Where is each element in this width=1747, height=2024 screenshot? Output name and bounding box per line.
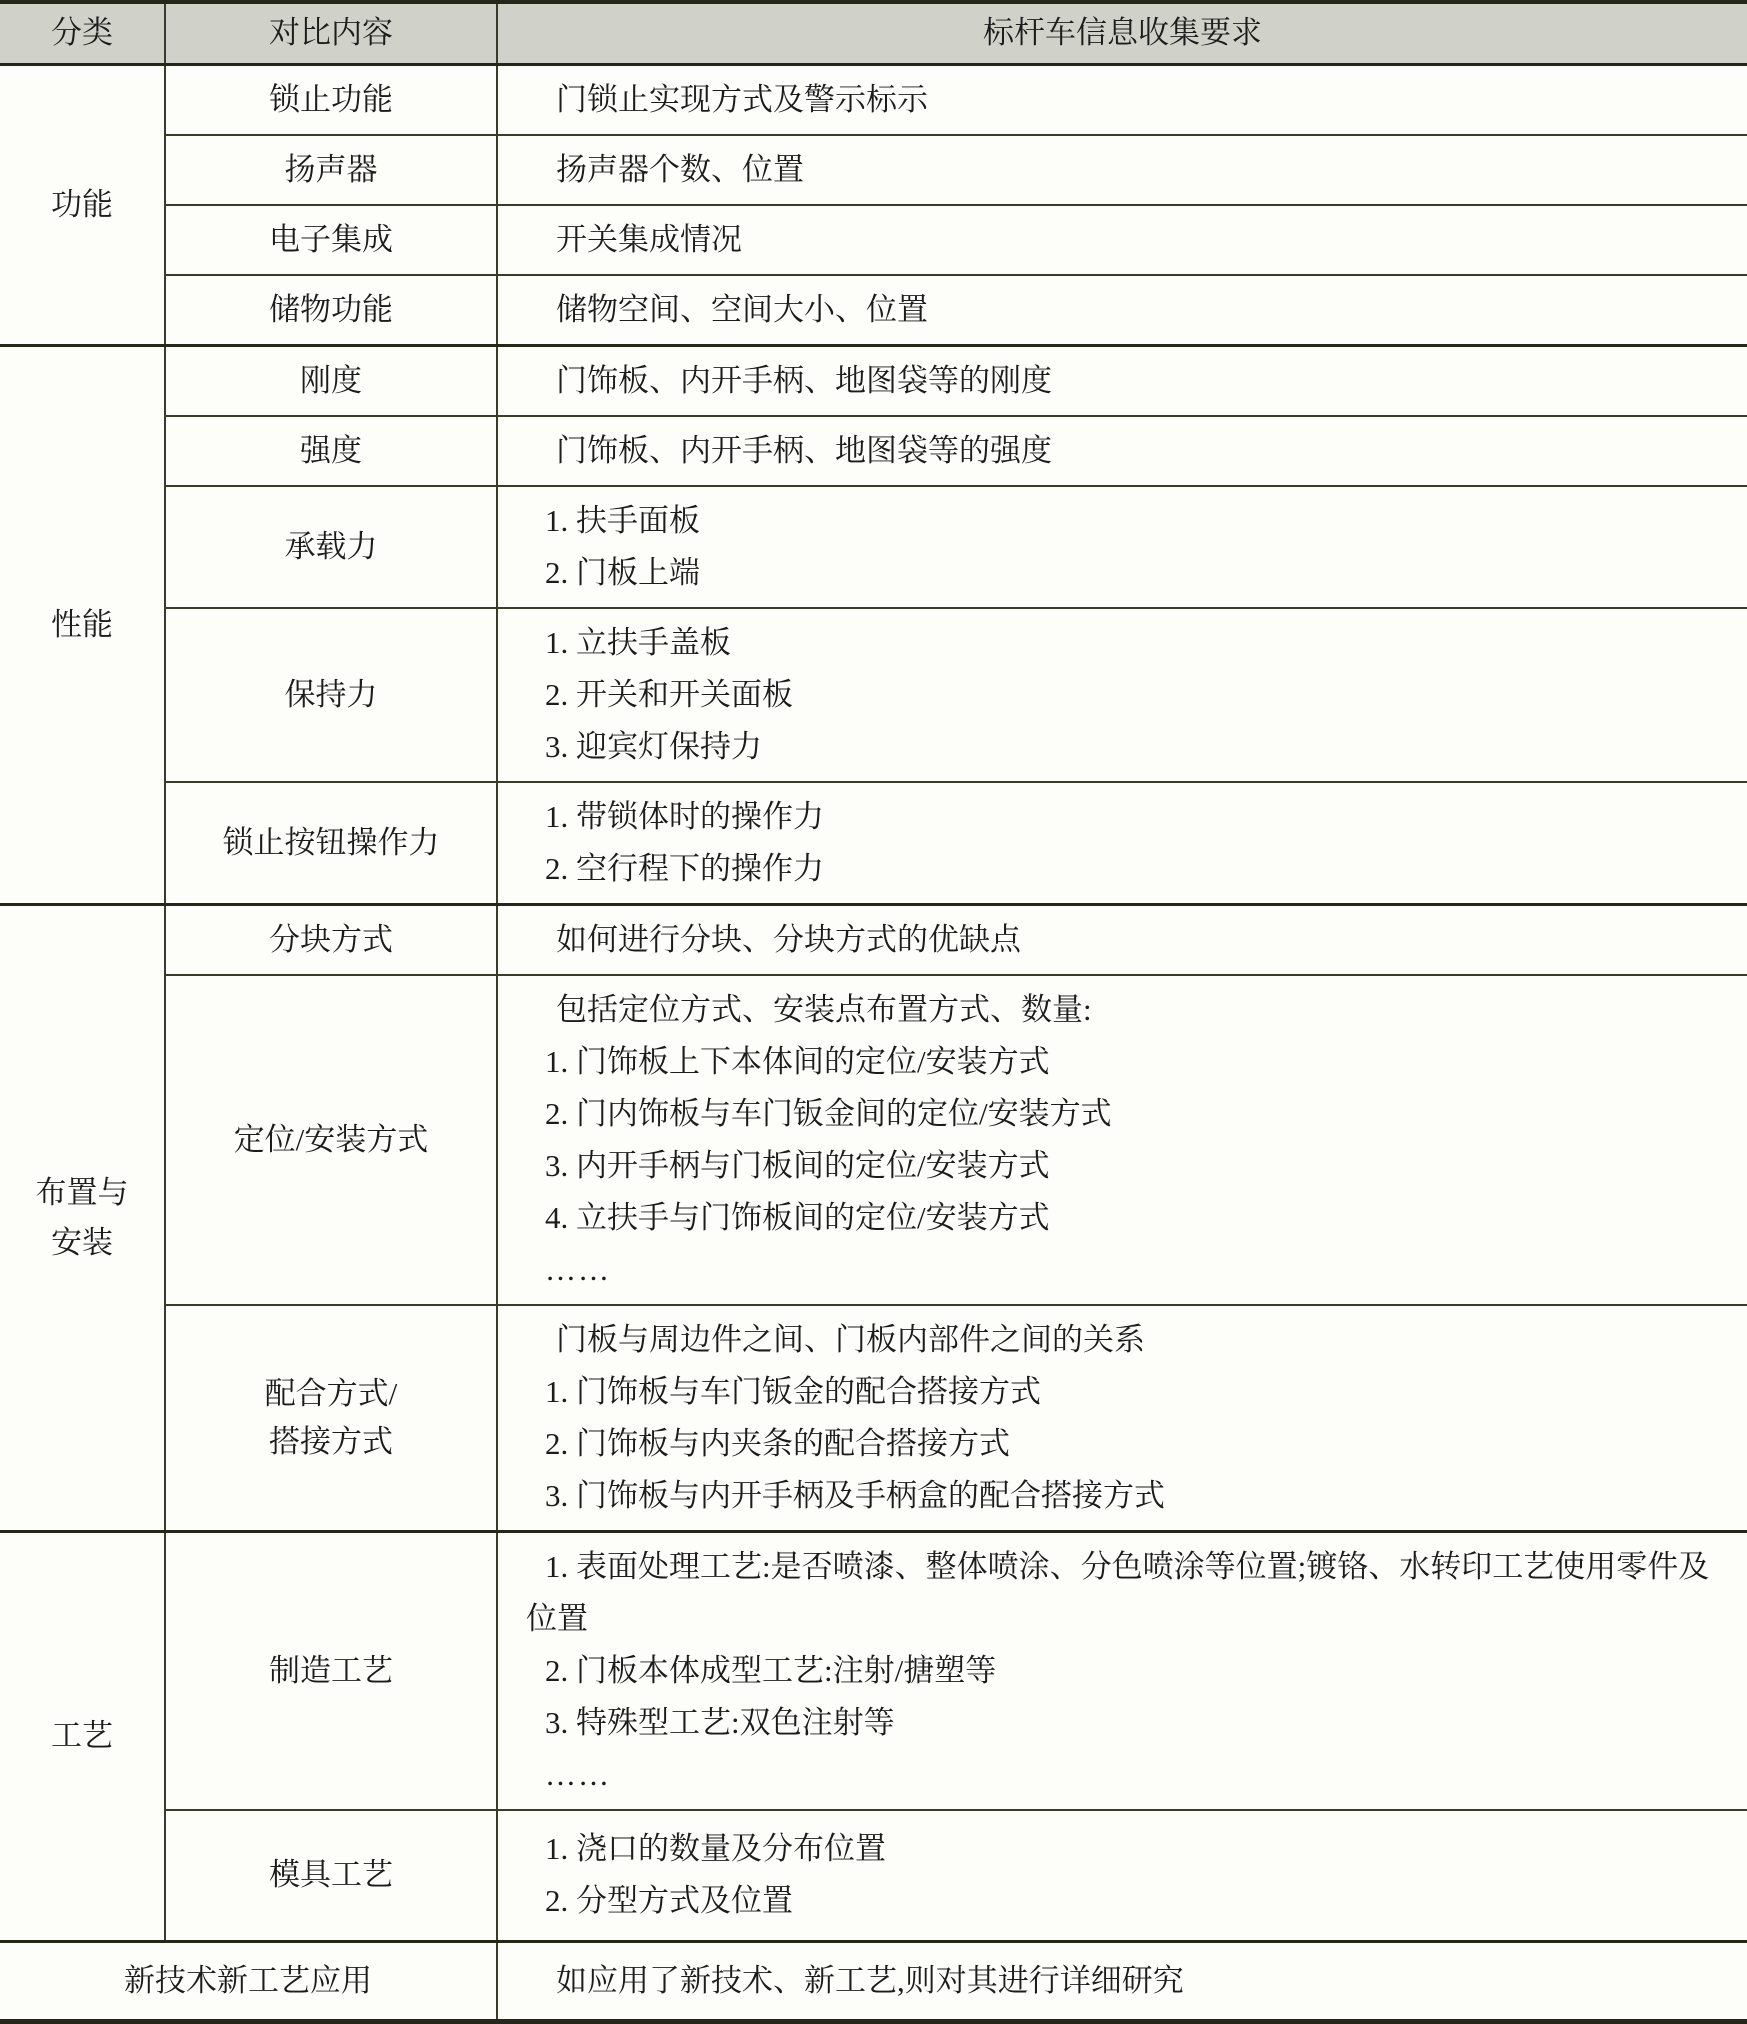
item-cell: 分块方式 [165, 904, 497, 975]
req-line: 2. 门内饰板与车门钣金间的定位/安装方式 [526, 1088, 1729, 1140]
footer-item-cell: 新技术新工艺应用 [0, 1942, 497, 2022]
requirement-cell: 1. 浇口的数量及分布位置 2. 分型方式及位置 [497, 1810, 1747, 1942]
category-process: 工艺 [0, 1531, 165, 1942]
item-cell: 扬声器 [165, 135, 497, 205]
item-line: 配合方式/ [166, 1370, 496, 1418]
req-line: 1. 门饰板上下本体间的定位/安装方式 [526, 1036, 1729, 1088]
item-cell: 定位/安装方式 [165, 975, 497, 1305]
table-row: 强度 门饰板、内开手柄、地图袋等的强度 [0, 416, 1747, 486]
item-cell: 保持力 [165, 608, 497, 782]
category-line: 安装 [0, 1218, 164, 1268]
table-row: 储物功能 储物空间、空间大小、位置 [0, 275, 1747, 346]
item-cell: 刚度 [165, 345, 497, 416]
table-row: 模具工艺 1. 浇口的数量及分布位置 2. 分型方式及位置 [0, 1810, 1747, 1942]
table-row: 功能 锁止功能 门锁止实现方式及警示标示 [0, 64, 1747, 135]
requirement-cell: 扬声器个数、位置 [497, 135, 1747, 205]
item-cell: 配合方式/ 搭接方式 [165, 1305, 497, 1532]
req-line: 3. 内开手柄与门板间的定位/安装方式 [526, 1140, 1729, 1192]
requirement-cell: 如何进行分块、分块方式的优缺点 [497, 904, 1747, 975]
req-line: 1. 表面处理工艺:是否喷漆、整体喷涂、分色喷涂等位置;镀铬、水转印工艺使用零件… [526, 1541, 1729, 1645]
req-line: 如何进行分块、分块方式的优缺点 [526, 914, 1729, 966]
req-line: 包括定位方式、安装点布置方式、数量: [526, 984, 1729, 1036]
category-layout-installation: 布置与 安装 [0, 904, 165, 1531]
req-line: 2. 开关和开关面板 [526, 669, 1729, 721]
requirement-cell: 1. 带锁体时的操作力 2. 空行程下的操作力 [497, 782, 1747, 905]
header-compare-content: 对比内容 [165, 2, 497, 64]
requirement-cell: 1. 扶手面板 2. 门板上端 [497, 486, 1747, 608]
table-row: 承载力 1. 扶手面板 2. 门板上端 [0, 486, 1747, 608]
req-line: 门板与周边件之间、门板内部件之间的关系 [526, 1314, 1729, 1366]
req-line: 1. 浇口的数量及分布位置 [526, 1823, 1729, 1875]
table-row: 工艺 制造工艺 1. 表面处理工艺:是否喷漆、整体喷涂、分色喷涂等位置;镀铬、水… [0, 1531, 1747, 1810]
req-line: 3. 迎宾灯保持力 [526, 721, 1729, 773]
item-cell: 锁止功能 [165, 64, 497, 135]
item-cell: 强度 [165, 416, 497, 486]
table-header-row: 分类 对比内容 标杆车信息收集要求 [0, 2, 1747, 64]
requirement-cell: 1. 表面处理工艺:是否喷漆、整体喷涂、分色喷涂等位置;镀铬、水转印工艺使用零件… [497, 1531, 1747, 1810]
req-line: 2. 门饰板与内夹条的配合搭接方式 [526, 1418, 1729, 1470]
table-row: 性能 刚度 门饰板、内开手柄、地图袋等的刚度 [0, 345, 1747, 416]
req-line: 1. 门饰板与车门钣金的配合搭接方式 [526, 1366, 1729, 1418]
item-cell: 储物功能 [165, 275, 497, 346]
req-line: 储物空间、空间大小、位置 [526, 284, 1729, 336]
req-line: 2. 门板本体成型工艺:注射/搪塑等 [526, 1645, 1729, 1697]
req-line: 1. 立扶手盖板 [526, 617, 1729, 669]
header-category: 分类 [0, 2, 165, 64]
req-line: 如应用了新技术、新工艺,则对其进行详细研究 [526, 1955, 1729, 2007]
req-line: 开关集成情况 [526, 214, 1729, 266]
ellipsis-line: …… [526, 1244, 1729, 1296]
req-line: 扬声器个数、位置 [526, 144, 1729, 196]
req-line: 1. 带锁体时的操作力 [526, 791, 1729, 843]
table-row: 配合方式/ 搭接方式 门板与周边件之间、门板内部件之间的关系 1. 门饰板与车门… [0, 1305, 1747, 1532]
category-performance: 性能 [0, 345, 165, 904]
item-cell: 电子集成 [165, 205, 497, 275]
req-line: 2. 门板上端 [526, 547, 1729, 599]
requirement-cell: 包括定位方式、安装点布置方式、数量: 1. 门饰板上下本体间的定位/安装方式 2… [497, 975, 1747, 1305]
requirement-cell: 开关集成情况 [497, 205, 1747, 275]
table-row: 电子集成 开关集成情况 [0, 205, 1747, 275]
requirement-cell: 如应用了新技术、新工艺,则对其进行详细研究 [497, 1942, 1747, 2022]
item-line: 搭接方式 [166, 1418, 496, 1466]
req-line: 门锁止实现方式及警示标示 [526, 74, 1729, 126]
req-line: 门饰板、内开手柄、地图袋等的刚度 [526, 355, 1729, 407]
category-line: 布置与 [0, 1168, 164, 1218]
requirement-cell: 门饰板、内开手柄、地图袋等的刚度 [497, 345, 1747, 416]
item-cell: 锁止按钮操作力 [165, 782, 497, 905]
table-row: 布置与 安装 分块方式 如何进行分块、分块方式的优缺点 [0, 904, 1747, 975]
table-row: 新技术新工艺应用 如应用了新技术、新工艺,则对其进行详细研究 [0, 1942, 1747, 2022]
req-line: 2. 分型方式及位置 [526, 1875, 1729, 1927]
requirement-cell: 门锁止实现方式及警示标示 [497, 64, 1747, 135]
benchmark-info-table: 分类 对比内容 标杆车信息收集要求 功能 锁止功能 门锁止实现方式及警示标示 扬… [0, 0, 1747, 2024]
table-row: 扬声器 扬声器个数、位置 [0, 135, 1747, 205]
header-requirement: 标杆车信息收集要求 [497, 2, 1747, 64]
requirement-cell: 1. 立扶手盖板 2. 开关和开关面板 3. 迎宾灯保持力 [497, 608, 1747, 782]
req-line: 4. 立扶手与门饰板间的定位/安装方式 [526, 1192, 1729, 1244]
req-line: 2. 空行程下的操作力 [526, 843, 1729, 895]
requirement-cell: 门饰板、内开手柄、地图袋等的强度 [497, 416, 1747, 486]
item-cell: 模具工艺 [165, 1810, 497, 1942]
req-line: 3. 特殊型工艺:双色注射等 [526, 1697, 1729, 1749]
category-function: 功能 [0, 64, 165, 345]
requirement-cell: 门板与周边件之间、门板内部件之间的关系 1. 门饰板与车门钣金的配合搭接方式 2… [497, 1305, 1747, 1532]
item-cell: 制造工艺 [165, 1531, 497, 1810]
table-row: 定位/安装方式 包括定位方式、安装点布置方式、数量: 1. 门饰板上下本体间的定… [0, 975, 1747, 1305]
ellipsis-line: …… [526, 1749, 1729, 1801]
table-row: 保持力 1. 立扶手盖板 2. 开关和开关面板 3. 迎宾灯保持力 [0, 608, 1747, 782]
item-cell: 承载力 [165, 486, 497, 608]
req-line: 3. 门饰板与内开手柄及手柄盒的配合搭接方式 [526, 1470, 1729, 1522]
req-line: 门饰板、内开手柄、地图袋等的强度 [526, 425, 1729, 477]
req-line: 1. 扶手面板 [526, 495, 1729, 547]
requirement-cell: 储物空间、空间大小、位置 [497, 275, 1747, 346]
table-row: 锁止按钮操作力 1. 带锁体时的操作力 2. 空行程下的操作力 [0, 782, 1747, 905]
